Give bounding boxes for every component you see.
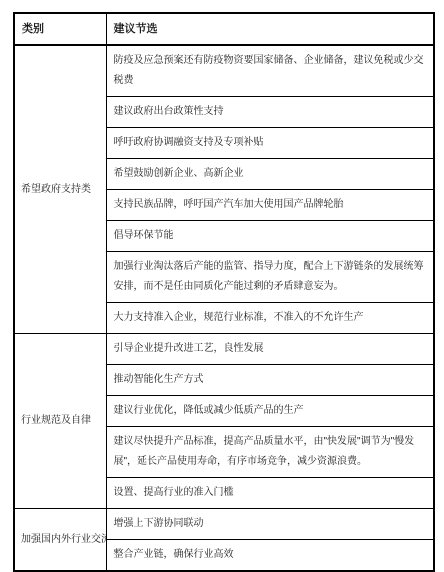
table-row: 加强国内外行业交流 增强上下游协同联动 bbox=[14, 509, 434, 540]
suggestion-cell: 整合产业链，确保行业高效 bbox=[106, 540, 434, 572]
suggestion-cell: 防疫及应急预案还有防疫物资要国家储备、企业储备，建议免税或少交税费 bbox=[106, 45, 434, 97]
suggestion-cell: 建议行业优化，降低或减少低质产品的生产 bbox=[106, 396, 434, 427]
suggestion-cell: 希望鼓励创新企业、高新企业 bbox=[106, 159, 434, 190]
suggestion-cell: 推动智能化生产方式 bbox=[106, 365, 434, 396]
suggestion-cell: 引导企业提升改进工艺，良性发展 bbox=[106, 334, 434, 365]
category-cell-industry-exchange: 加强国内外行业交流 bbox=[14, 509, 106, 572]
suggestion-cell: 建议政府出台政策性支持 bbox=[106, 97, 434, 128]
suggestion-cell: 支持民族品牌，呼吁国产汽车加大使用国产品牌轮胎 bbox=[106, 190, 434, 221]
category-column-header: 类别 bbox=[14, 13, 106, 45]
suggestions-table: 类别 建议节选 希望政府支持类 防疫及应急预案还有防疫物资要国家储备、企业储备，… bbox=[13, 12, 435, 572]
suggestion-cell: 加强行业淘汰落后产能的监管、指导力度，配合上下游链条的发展统筹安排，而不是任由同… bbox=[106, 252, 434, 303]
suggestion-cell: 呼吁政府协调融资支持及专项补贴 bbox=[106, 128, 434, 159]
suggestion-cell: 增强上下游协同联动 bbox=[106, 509, 434, 540]
category-cell-industry-self-discipline: 行业规范及自律 bbox=[14, 334, 106, 509]
table-row: 希望政府支持类 防疫及应急预案还有防疫物资要国家储备、企业储备，建议免税或少交税… bbox=[14, 45, 434, 97]
suggestion-cell: 倡导环保节能 bbox=[106, 221, 434, 252]
suggestion-cell: 设置、提高行业的准入门槛 bbox=[106, 478, 434, 509]
header-row: 类别 建议节选 bbox=[14, 13, 434, 45]
suggestion-cell: 建议尽快提升产品标准，提高产品质量水平，由"快发展"调节为"慢发展"，延长产品使… bbox=[106, 427, 434, 478]
category-cell-government-support: 希望政府支持类 bbox=[14, 45, 106, 334]
suggestions-column-header: 建议节选 bbox=[106, 13, 434, 45]
document-page: 类别 建议节选 希望政府支持类 防疫及应急预案还有防疫物资要国家储备、企业储备，… bbox=[0, 0, 444, 566]
suggestion-cell: 大力支持准入企业，规范行业标准，不准入的不允许生产 bbox=[106, 303, 434, 334]
table-row: 行业规范及自律 引导企业提升改进工艺，良性发展 bbox=[14, 334, 434, 365]
